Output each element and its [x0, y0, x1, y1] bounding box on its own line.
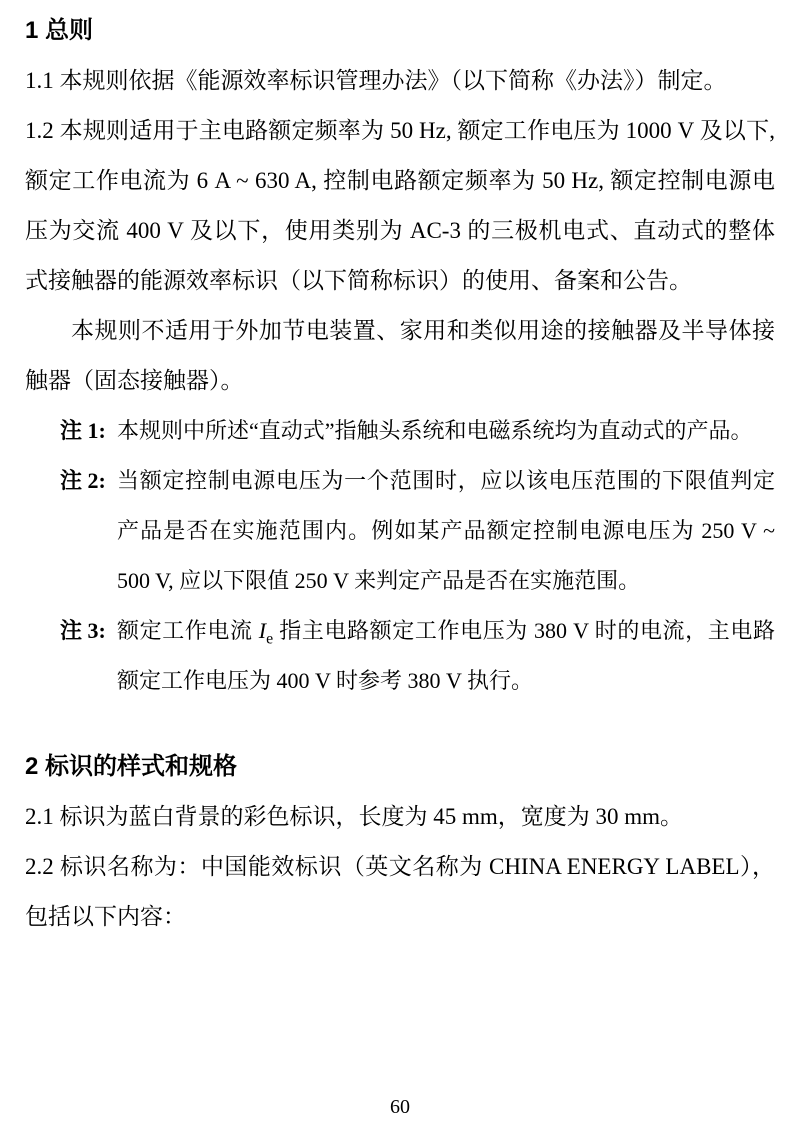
note-1-label: 注 1:: [60, 406, 117, 456]
note-3-text-before: 额定工作电流: [117, 618, 259, 643]
para-exclusion: 本规则不适用于外加节电装置、家用和类似用途的接触器及半导体接触器（固态接触器）。: [25, 306, 775, 406]
note-2-label: 注 2:: [60, 456, 117, 606]
page-number: 60: [25, 1074, 775, 1120]
note-2: 注 2: 当额定控制电源电压为一个范围时，应以该电压范围的下限值判定产品是否在实…: [25, 456, 775, 606]
note-1-text: 本规则中所述“直动式”指触头系统和电磁系统均为直动式的产品。: [117, 406, 775, 456]
para-2-1: 2.1 标识为蓝白背景的彩色标识，长度为 45 mm，宽度为 30 mm。: [25, 792, 775, 842]
para-1-2: 1.2 本规则适用于主电路额定频率为 50 Hz, 额定工作电压为 1000 V…: [25, 106, 775, 306]
note-3-label: 注 3:: [60, 606, 117, 706]
section-2-heading: 2 标识的样式和规格: [25, 742, 775, 792]
rated-current-symbol: I: [259, 618, 266, 643]
para-1-1: 1.1 本规则依据《能源效率标识管理办法》（以下简称《办法》）制定。: [25, 56, 775, 106]
section-1-heading: 1 总则: [25, 6, 775, 56]
note-1: 注 1: 本规则中所述“直动式”指触头系统和电磁系统均为直动式的产品。: [25, 406, 775, 456]
document-page: 1 总则 1.1 本规则依据《能源效率标识管理办法》（以下简称《办法》）制定。 …: [0, 0, 800, 1130]
note-3-text: 额定工作电流 Ie 指主电路额定工作电压为 380 V 时的电流，主电路额定工作…: [117, 606, 775, 706]
note-3: 注 3: 额定工作电流 Ie 指主电路额定工作电压为 380 V 时的电流，主电…: [25, 606, 775, 706]
para-2-2: 2.2 标识名称为：中国能效标识（英文名称为 CHINA ENERGY LABE…: [25, 842, 775, 942]
note-2-text: 当额定控制电源电压为一个范围时，应以该电压范围的下限值判定产品是否在实施范围内。…: [117, 456, 775, 606]
